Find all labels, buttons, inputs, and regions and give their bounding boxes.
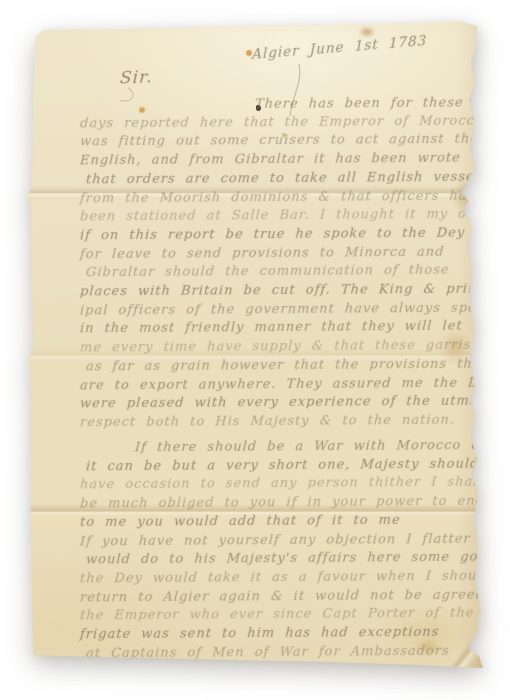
letter-paper: Algier June 1st 1783 Sir. There has been… (0, 0, 510, 700)
photograph-background: Algier June 1st 1783 Sir. There has been… (0, 0, 510, 700)
paper-drop-shadow: Algier June 1st 1783 Sir. There has been… (0, 0, 510, 700)
paper-vignette (0, 0, 510, 700)
